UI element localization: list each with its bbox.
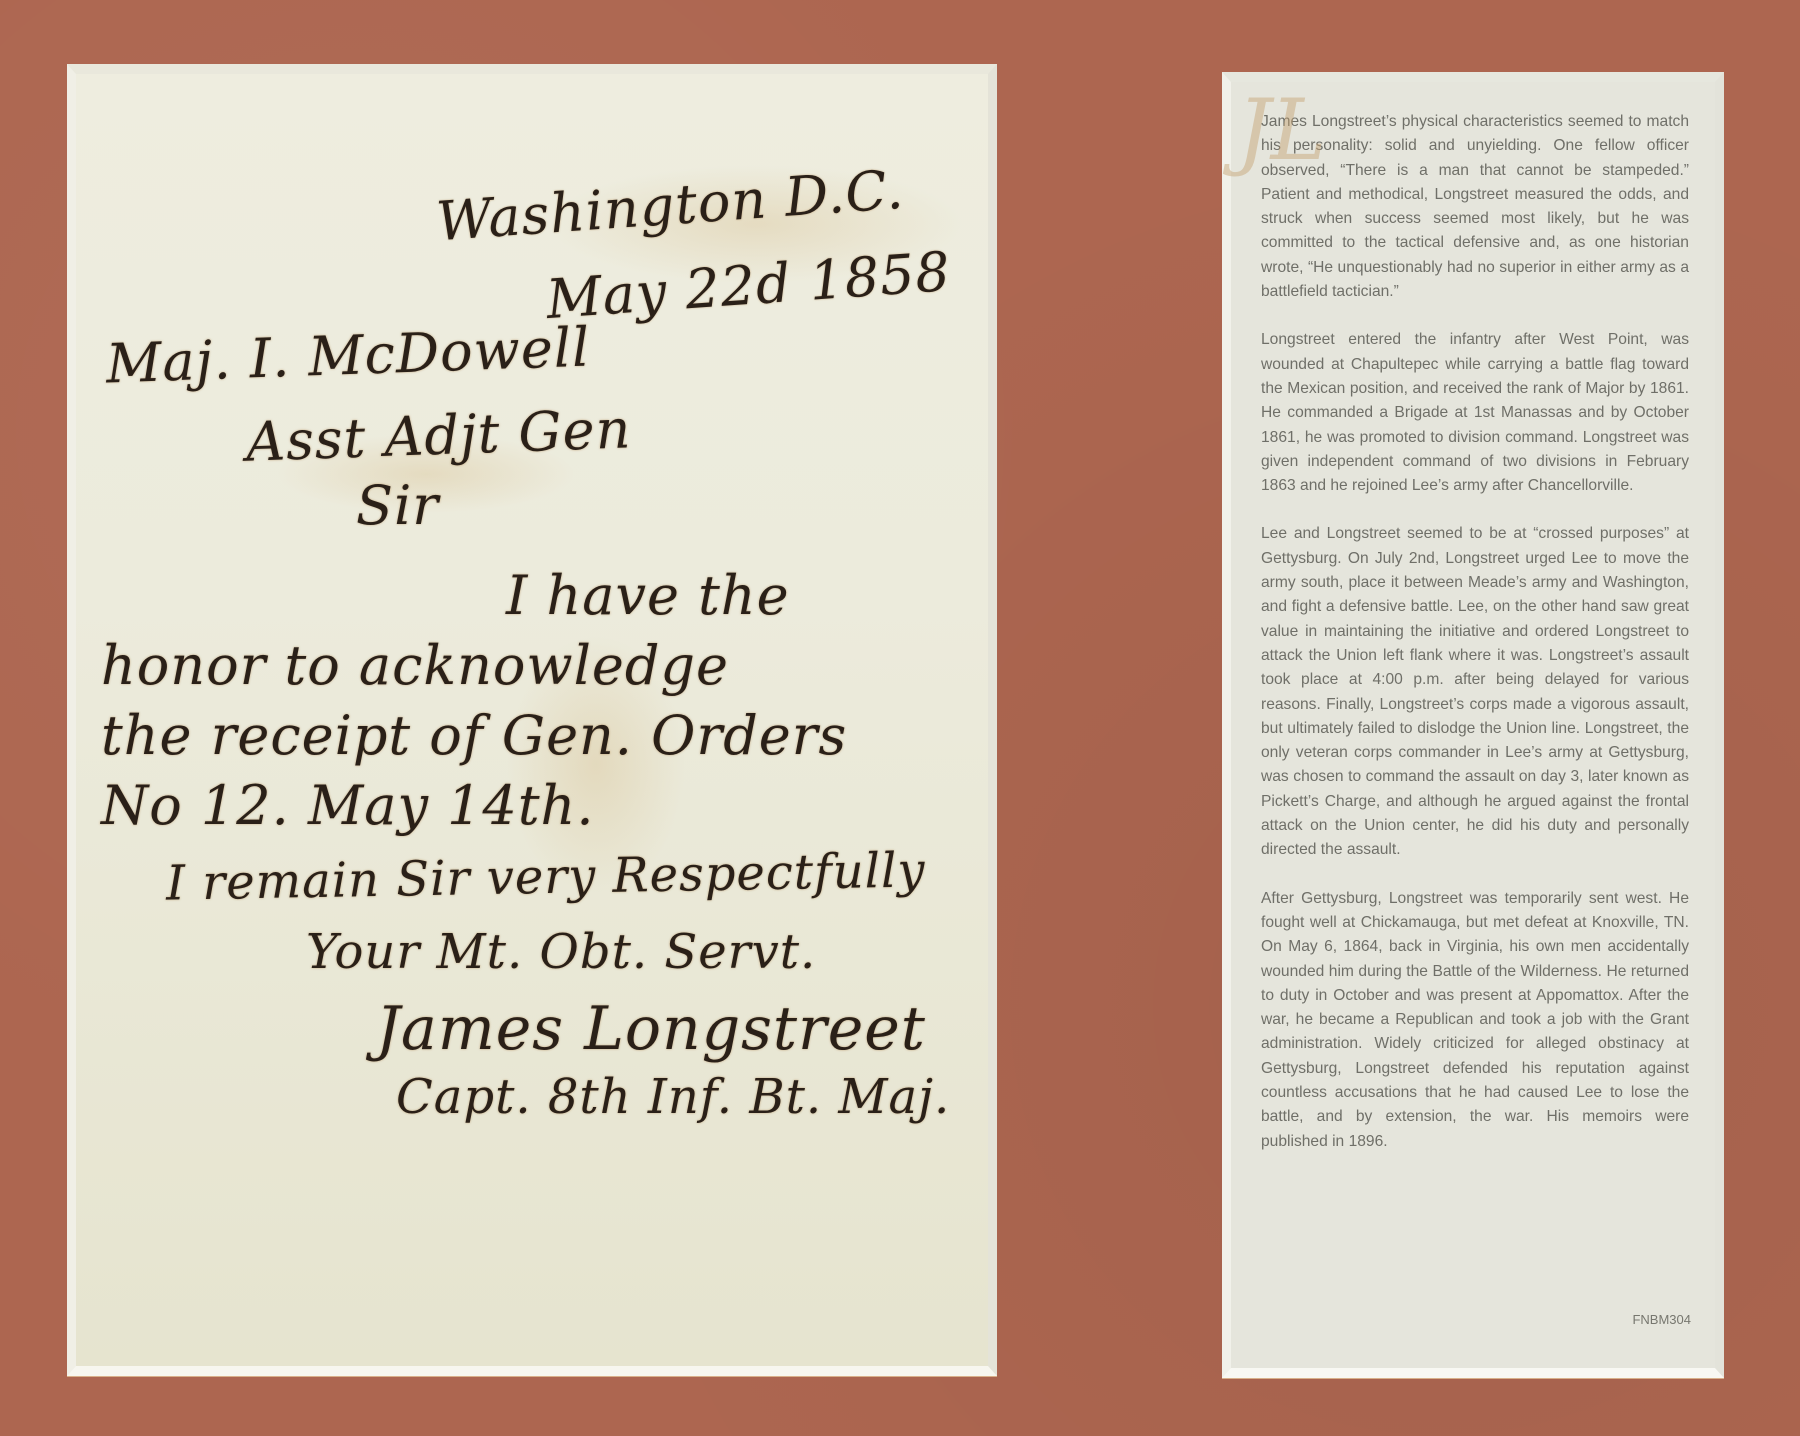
letter-addressee-title: Asst Adjt Gen: [245, 397, 632, 473]
info-paragraph: After Gettysburg, Longstreet was tempora…: [1261, 887, 1689, 1154]
letter-salutation: Sir: [356, 474, 439, 537]
letter-addressee: Maj. I. McDowell: [105, 316, 591, 396]
letter-body-line: the receipt of Gen. Orders: [101, 704, 847, 767]
info-panel-window: JL James Longstreet’s physical character…: [1222, 72, 1724, 1378]
letter-closing: I remain Sir very Respectfully: [166, 842, 926, 911]
letter-signer-title: Capt. 8th Inf. Bt. Maj.: [396, 1069, 950, 1125]
letter-body-line: I have the: [506, 564, 790, 627]
letter-window: Washington D.C. May 22d 1858 Maj. I. McD…: [67, 64, 997, 1376]
letter-body-line: honor to acknowledge: [101, 634, 729, 697]
catalog-number: FNBM304: [1632, 1308, 1691, 1332]
handwritten-letter: Washington D.C. May 22d 1858 Maj. I. McD…: [76, 74, 988, 1366]
letter-body-line: No 12. May 14th.: [101, 774, 594, 837]
info-paragraph: Longstreet entered the infantry after We…: [1261, 328, 1689, 498]
info-panel: JL James Longstreet’s physical character…: [1231, 82, 1715, 1368]
monogram-watermark: JL: [1237, 88, 1326, 172]
info-paragraph: Lee and Longstreet seemed to be at “cros…: [1261, 522, 1689, 862]
letter-closing-2: Your Mt. Obt. Servt.: [306, 924, 816, 980]
letter-signature: James Longstreet: [376, 994, 926, 1064]
